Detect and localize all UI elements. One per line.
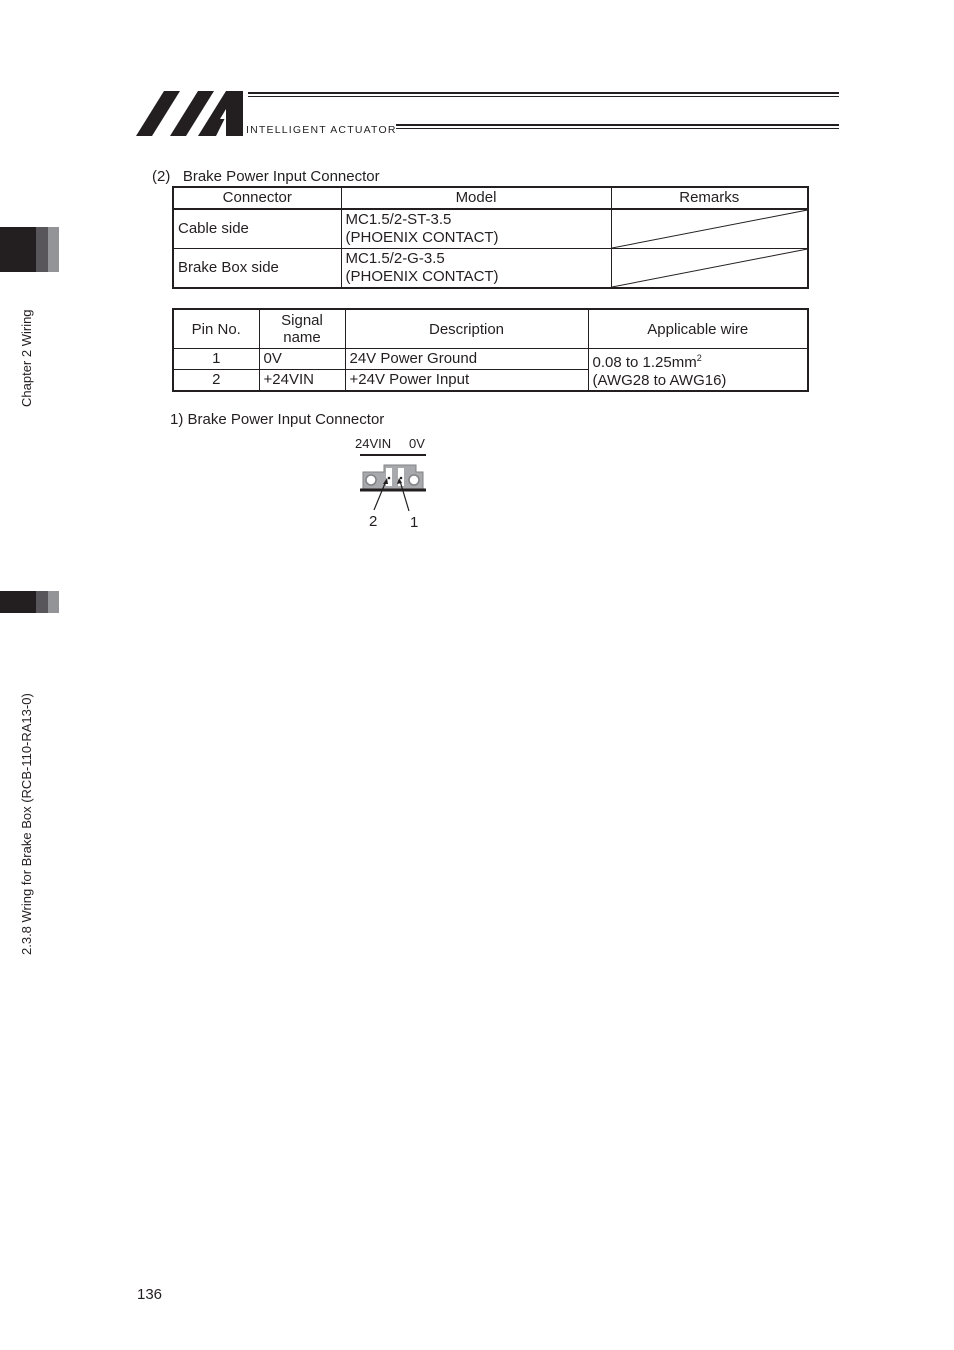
chapter-label: Chapter 2 Wiring <box>19 309 34 407</box>
signal-cell: 0V <box>259 349 345 370</box>
iai-logo-icon <box>136 91 246 136</box>
header-rule-bottom-thin <box>396 128 839 129</box>
header-signal-name: Signal name <box>259 309 345 349</box>
connector-icon <box>350 434 440 534</box>
remarks-cell <box>611 249 808 289</box>
header-model: Model <box>341 187 611 209</box>
model-line: MC1.5/2-G-3.5 <box>346 250 607 268</box>
description-cell: 24V Power Ground <box>345 349 588 370</box>
wire-cell: 0.08 to 1.25mm2 (AWG28 to AWG16) <box>588 349 808 392</box>
brand-text: INTELLIGENT ACTUATOR <box>246 124 397 136</box>
pin-cell: 1 <box>173 349 259 370</box>
model-cell: MC1.5/2-ST-3.5 (PHOENIX CONTACT) <box>341 209 611 249</box>
diagram-title: 1) Brake Power Input Connector <box>170 411 384 428</box>
section-tab-marker <box>0 591 59 613</box>
connector-table: Connector Model Remarks Cable side MC1.5… <box>172 186 809 289</box>
connector-cell: Cable side <box>173 209 341 249</box>
connector-cell: Brake Box side <box>173 249 341 289</box>
model-cell: MC1.5/2-G-3.5 (PHOENIX CONTACT) <box>341 249 611 289</box>
table-header-row: Pin No. Signal name Description Applicab… <box>173 309 808 349</box>
header-connector: Connector <box>173 187 341 209</box>
chapter-tab-marker <box>0 227 59 272</box>
page-number: 136 <box>137 1286 162 1303</box>
header-applicable-wire: Applicable wire <box>588 309 808 349</box>
section-title: (2) Brake Power Input Connector <box>152 168 380 185</box>
table-row: Brake Box side MC1.5/2-G-3.5 (PHOENIX CO… <box>173 249 808 289</box>
table-row: 1 0V 24V Power Ground 0.08 to 1.25mm2 (A… <box>173 349 808 370</box>
header-signal-line2: name <box>264 329 341 346</box>
header-rule-top <box>248 92 839 94</box>
header-signal-line1: Signal <box>264 312 341 329</box>
header-rule-top-thin <box>248 96 839 97</box>
wire-size: 0.08 to 1.25mm2 <box>593 349 804 372</box>
signal-cell: +24VIN <box>259 369 345 391</box>
header-remarks: Remarks <box>611 187 808 209</box>
description-cell: +24V Power Input <box>345 369 588 391</box>
table-row: Cable side MC1.5/2-ST-3.5 (PHOENIX CONTA… <box>173 209 808 249</box>
model-maker: (PHOENIX CONTACT) <box>346 268 607 286</box>
pin-table: Pin No. Signal name Description Applicab… <box>172 308 809 392</box>
table-header-row: Connector Model Remarks <box>173 187 808 209</box>
header-pin-no: Pin No. <box>173 309 259 349</box>
remarks-cell <box>611 209 808 249</box>
pin-number-1: 1 <box>410 514 418 531</box>
header-description: Description <box>345 309 588 349</box>
pin-cell: 2 <box>173 369 259 391</box>
header-rule-bottom <box>396 124 839 126</box>
wire-awg: (AWG28 to AWG16) <box>593 372 804 390</box>
model-line: MC1.5/2-ST-3.5 <box>346 211 607 229</box>
pin-number-2: 2 <box>369 513 377 530</box>
connector-diagram: 24VIN 0V 2 1 <box>350 434 440 534</box>
model-maker: (PHOENIX CONTACT) <box>346 229 607 247</box>
section-label: 2.3.8 Wring for Brake Box (RCB-110-RA13-… <box>19 693 34 955</box>
